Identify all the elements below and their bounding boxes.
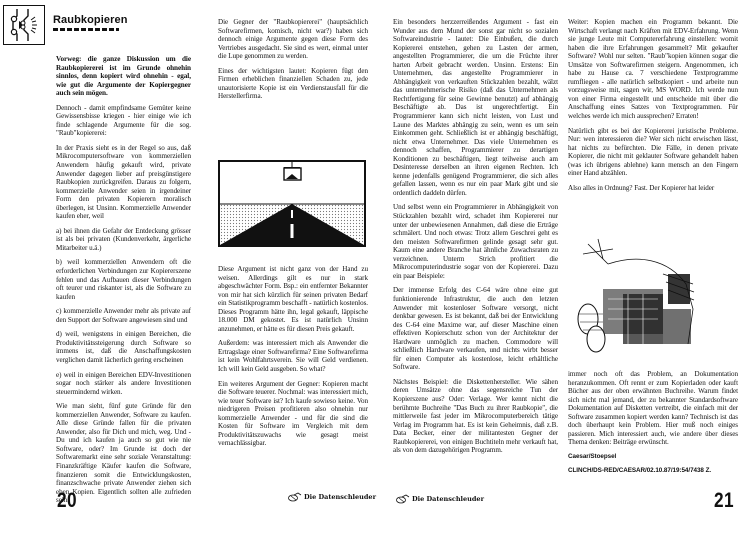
title-underline — [53, 28, 119, 31]
message-routing-code: CLINCH/DS-RED/CAESAR/02.10.87/19:54/7438… — [568, 467, 738, 476]
column-4-top: Weiter: Kopien machen ein Programm bekan… — [568, 18, 738, 198]
paragraph: immer noch oft das Problem, an Dokumenta… — [568, 370, 738, 447]
engine-illustration — [568, 234, 698, 362]
road-illustration — [218, 160, 366, 247]
paragraph: Außerdem: was interessiert mich als Anwe… — [218, 339, 368, 373]
slingshot-logo-icon — [288, 492, 302, 502]
paragraph: Ein besonders herzzerreißendes Argument … — [393, 18, 558, 197]
paragraph: Und selbst wenn ein Programmierer in Abh… — [393, 203, 558, 280]
column-3: Ein besonders herzzerreißendes Argument … — [393, 18, 558, 461]
page-number: 21 — [714, 489, 734, 513]
paragraph: Dennoch - damit empfindsame Gemüter kein… — [56, 104, 191, 138]
column-2-top: Die Gegner der "Raubkopiererei" (hauptsä… — [218, 18, 368, 107]
paragraph: Diese Argument ist nicht ganz von der Ha… — [218, 265, 368, 333]
paragraph: b) weil kommerziellen Anwendern oft die … — [56, 258, 191, 301]
column-2-bottom: Diese Argument ist nicht ganz von der Ha… — [218, 265, 368, 454]
signet-text: Die Datenschleuder — [412, 495, 484, 503]
page-number: 20 — [57, 489, 77, 513]
column-1: Vorweg: die ganze Diskussion um die Raub… — [56, 55, 191, 511]
slingshot-logo-icon — [396, 494, 410, 504]
paragraph: e) weil in einigen Bereichen EDV-Investi… — [56, 371, 191, 397]
paragraph: Eines der wichtigsten lautet: Kopieren f… — [218, 67, 368, 101]
paragraph: Natürlich gibt es bei der Kopiererei jur… — [568, 127, 738, 178]
paragraph: c) kommerzielle Anwender mehr als privat… — [56, 307, 191, 324]
magazine-signet: Die Datenschleuder — [288, 492, 376, 502]
paragraph: d) weil, wenigstens in einigen Bereichen… — [56, 330, 191, 364]
paragraph: Nächstes Beispiel: die Diskettenherstell… — [393, 378, 558, 455]
left-page: Raubkopieren Vorweg: die ganze Diskussio… — [0, 0, 375, 535]
lead-paragraph: Vorweg: die ganze Diskussion um die Raub… — [56, 55, 191, 98]
author-byline: Caesar/Stoepsel — [568, 453, 738, 462]
article-title: Raubkopieren — [53, 14, 128, 26]
paragraph: Also alles in Ordnung? Fast. Der Kopiere… — [568, 184, 738, 193]
magazine-signet: Die Datenschleuder — [396, 494, 484, 504]
paragraph: In der Praxis sieht es in der Regel so a… — [56, 144, 191, 221]
paragraph: Die Gegner der "Raubkopiererei" (hauptsä… — [218, 18, 368, 61]
signet-text: Die Datenschleuder — [304, 493, 376, 501]
copier-machine-icon — [3, 5, 45, 45]
paragraph: Weiter: Kopien machen ein Programm bekan… — [568, 18, 738, 121]
paragraph: a) bei ihnen die Gefahr der Entdeckung g… — [56, 227, 191, 253]
paragraph: Ein weiteres Argument der Gegner: Kopier… — [218, 380, 368, 448]
paragraph: Der immense Erfolg des C-64 wäre ohne ei… — [393, 286, 558, 371]
column-4-bottom: immer noch oft das Problem, an Dokumenta… — [568, 370, 738, 482]
